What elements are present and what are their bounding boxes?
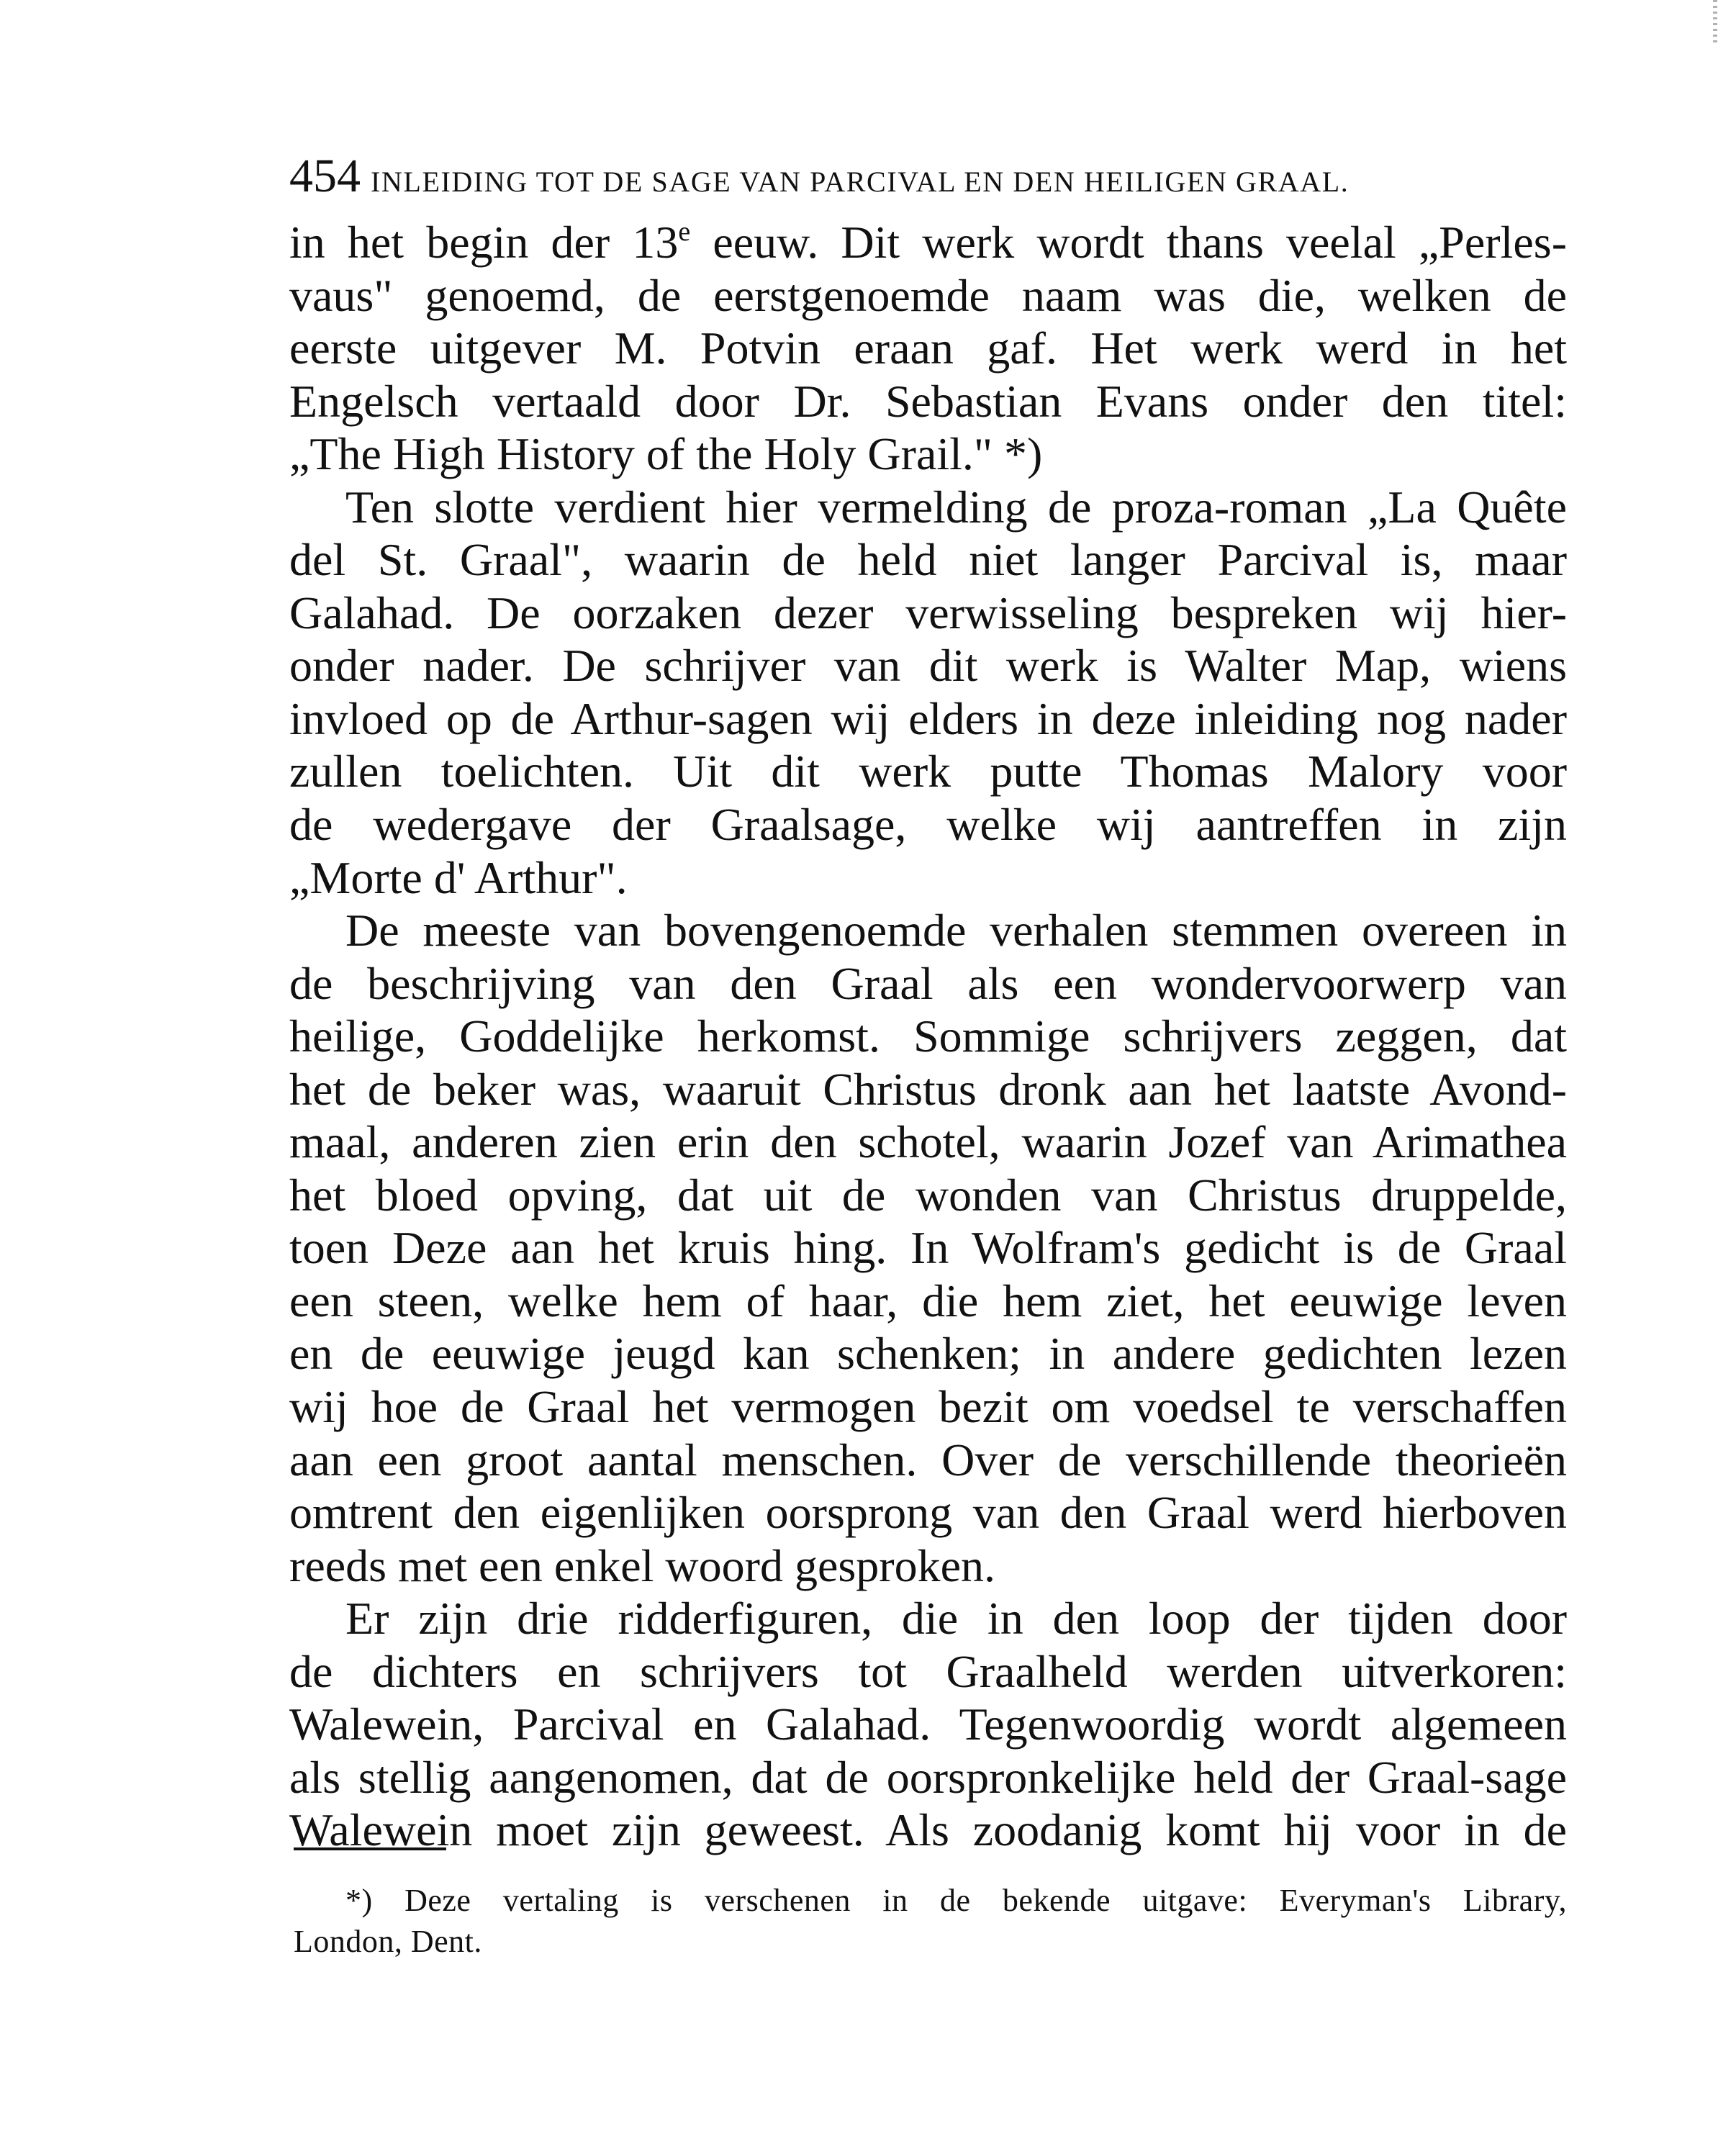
footnote-divider [294,1847,446,1850]
footnote: *) Deze vertaling is verschenen in de be… [294,1880,1567,1962]
text-line: als stellig aangenomen, dat de oorspronk… [289,1751,1567,1804]
text-line: onder nader. De schrijver van dit werk i… [289,639,1567,692]
body-text: in het begin der 13e eeuw. Dit werk word… [289,216,1567,1857]
text-line: „Morte d' Arthur". [289,851,1567,905]
text-line: zullen toelichten. Uit dit werk putte Th… [289,745,1567,798]
paragraph-start: Ten slotte verdient hier vermelding de p… [289,481,1567,534]
text-line: Walewein moet zijn geweest. Als zoodanig… [289,1804,1567,1857]
text-line: maal, anderen zien erin den schotel, waa… [289,1116,1567,1169]
page-number: 454 [289,150,361,202]
paragraph-start: De meeste van bovengenoemde verhalen ste… [289,904,1567,957]
superscript: e [678,217,690,247]
text-line: het bloed opving, dat uit de wonden van … [289,1169,1567,1222]
text-line: Galahad. De oorzaken dezer verwisseling … [289,587,1567,640]
text-line: vaus" genoemd, de eerstgenoemde naam was… [289,269,1567,322]
footnote-line: *) Deze vertaling is verschenen in de be… [294,1880,1567,1921]
text-line: invloed op de Arthur-sagen wij elders in… [289,692,1567,746]
text-line: toen Deze aan het kruis hing. In Wolfram… [289,1221,1567,1275]
text-line: Walewein, Parcival en Galahad. Tegenwoor… [289,1698,1567,1751]
text-line: het de beker was, waaruit Christus dronk… [289,1063,1567,1116]
running-title: INLEIDING TOT DE SAGE VAN PARCIVAL EN DE… [371,166,1349,198]
page-header: 454INLEIDING TOT DE SAGE VAN PARCIVAL EN… [289,148,1567,205]
text-line: wij hoe de Graal het vermogen bezit om v… [289,1380,1567,1434]
footnote-line: London, Dent. [294,1921,1567,1962]
text-line: „The High History of the Holy Grail." *) [289,428,1567,481]
scan-edge-artifact [1713,0,1717,43]
text-line: eerste uitgever M. Potvin eraan gaf. Het… [289,322,1567,375]
text-line: heilige, Goddelijke herkomst. Sommige sc… [289,1010,1567,1063]
text-line: een steen, welke hem of haar, die hem zi… [289,1275,1567,1328]
text-line: aan een groot aantal menschen. Over de v… [289,1434,1567,1487]
text-line: de wedergave der Graalsage, welke wij aa… [289,798,1567,851]
text-line: del St. Graal", waarin de held niet lang… [289,533,1567,587]
text-line: de dichters en schrijvers tot Graalheld … [289,1645,1567,1699]
text-line: in het begin der 13e eeuw. Dit werk word… [289,216,1567,269]
text-line: reeds met een enkel woord gesproken. [289,1539,1567,1593]
text-line: en de eeuwige jeugd kan schenken; in and… [289,1327,1567,1380]
text-line: Engelsch vertaald door Dr. Sebastian Eva… [289,375,1567,428]
text-line: omtrent den eigenlijken oorsprong van de… [289,1486,1567,1539]
text-line: de beschrijving van den Graal als een wo… [289,957,1567,1010]
paragraph-start: Er zijn drie ridderfiguren, die in den l… [289,1592,1567,1645]
